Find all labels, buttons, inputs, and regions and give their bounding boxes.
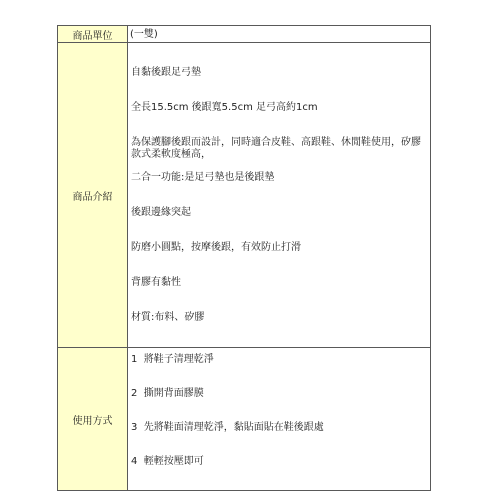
- usage-cell: 1 將鞋子清理乾淨 2 撕開背面膠膜 3 先將鞋面清理乾淨，黏貼面貼在鞋後跟處 …: [128, 348, 431, 491]
- row-label-unit: 商品單位: [58, 26, 128, 43]
- intro-paragraph: 後跟邊緣突起: [131, 207, 426, 242]
- intro-paragraph: 防磨小圓點，按摩後跟，有效防止打滑: [131, 242, 426, 277]
- intro-paragraphs: 自黏後跟足弓墊 全長15.5cm 後跟寬5.5cm 足弓高約1cm 為保護腳後跟…: [128, 43, 430, 347]
- intro-paragraph: 為保護腳後跟而設計，同時適合皮鞋、高跟鞋、休閒鞋使用，矽膠款式柔軟度極高，: [131, 137, 426, 172]
- intro-paragraph: 背膠有黏性: [131, 277, 426, 312]
- usage-step: 2 撕開背面膠膜: [131, 388, 426, 422]
- row-label-usage: 使用方式: [58, 348, 128, 491]
- usage-step: 1 將鞋子清理乾淨: [131, 354, 426, 388]
- row-label-intro: 商品介紹: [58, 43, 128, 348]
- usage-step: 4 輕輕按壓即可: [131, 456, 426, 490]
- unit-value: (一雙): [128, 26, 431, 43]
- product-info-table: 商品單位 (一雙) 商品介紹 自黏後跟足弓墊 全長15.5cm 後跟寬5.5cm…: [57, 25, 431, 491]
- table-row-intro: 商品介紹 自黏後跟足弓墊 全長15.5cm 後跟寬5.5cm 足弓高約1cm 為…: [58, 43, 431, 348]
- intro-paragraph: 二合一功能:是足弓墊也是後跟墊: [131, 172, 426, 207]
- usage-step: 3 先將鞋面清理乾淨，黏貼面貼在鞋後跟處: [131, 422, 426, 456]
- intro-paragraph: 全長15.5cm 後跟寬5.5cm 足弓高約1cm: [131, 102, 426, 137]
- table-row-usage: 使用方式 1 將鞋子清理乾淨 2 撕開背面膠膜 3 先將鞋面清理乾淨，黏貼面貼在…: [58, 348, 431, 491]
- intro-paragraph: 材質:布料、矽膠: [131, 312, 426, 347]
- table-row-unit: 商品單位 (一雙): [58, 26, 431, 43]
- intro-paragraph: 自黏後跟足弓墊: [131, 67, 426, 102]
- intro-cell: 自黏後跟足弓墊 全長15.5cm 後跟寬5.5cm 足弓高約1cm 為保護腳後跟…: [128, 43, 431, 348]
- usage-steps: 1 將鞋子清理乾淨 2 撕開背面膠膜 3 先將鞋面清理乾淨，黏貼面貼在鞋後跟處 …: [128, 348, 430, 490]
